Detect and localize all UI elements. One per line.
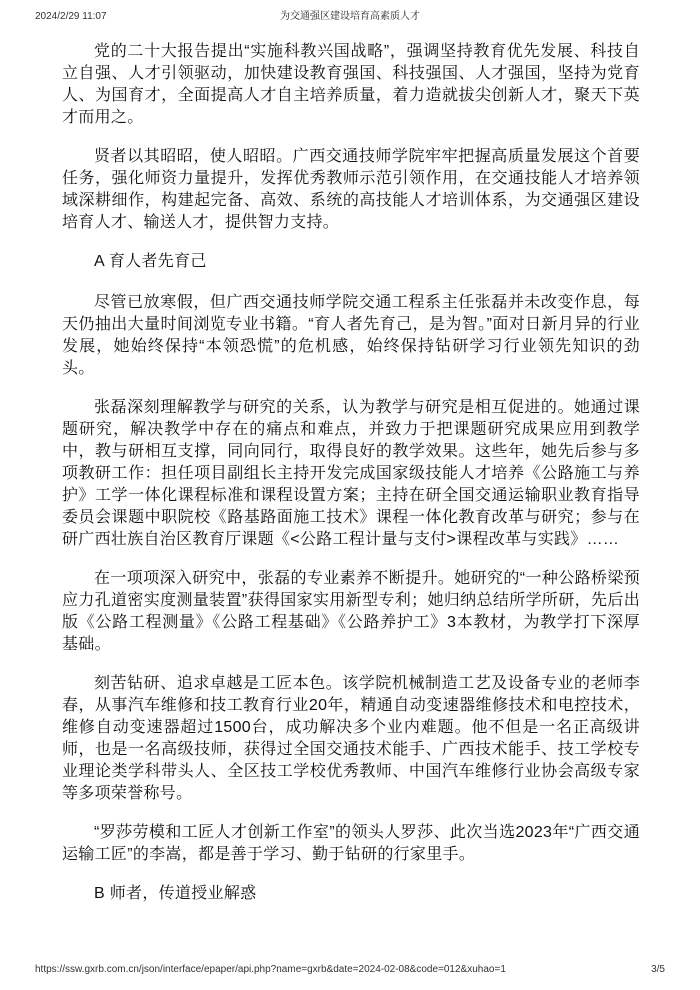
print-footer-url: https://ssw.gxrb.com.cn/json/interface/e… bbox=[35, 963, 506, 977]
print-preview-page: 2024/2/29 11:07 为交通强区建设培育高素质人才 2024/2/29… bbox=[0, 0, 700, 990]
print-footer-page-number: 3/5 bbox=[651, 963, 665, 977]
article-paragraph: “罗莎劳模和工匠人才创新工作室”的领头人罗莎、此次当选2023年“广西交通运输工… bbox=[62, 822, 640, 866]
print-header-datetime: 2024/2/29 11:07 bbox=[35, 10, 280, 24]
article-paragraph: 尽管已放寒假，但广西交通技师学院交通工程系主任张磊并未改变作息，每天仍抽出大量时… bbox=[62, 292, 640, 380]
print-header: 2024/2/29 11:07 为交通强区建设培育高素质人才 2024/2/29… bbox=[35, 10, 665, 24]
print-footer: https://ssw.gxrb.com.cn/json/interface/e… bbox=[35, 963, 665, 977]
print-header-title: 为交通强区建设培育高素质人才 bbox=[280, 10, 420, 24]
article-paragraph: 刻苦钻研、追求卓越是工匠本色。该学院机械制造工艺及设备专业的老师李春，从事汽车维… bbox=[62, 673, 640, 805]
article-paragraph: 党的二十大报告提出“实施科教兴国战略”，强调坚持教育优先发展、科技自立自强、人才… bbox=[62, 41, 640, 129]
article-paragraph: 贤者以其昭昭，使人昭昭。广西交通技师学院牢牢把握高质量发展这个首要任务，强化师资… bbox=[62, 146, 640, 234]
article-paragraph: 张磊深刻理解教学与研究的关系，认为教学与研究是相互促进的。她通过课题研究，解决教… bbox=[62, 397, 640, 551]
article-body: 党的二十大报告提出“实施科教兴国战略”，强调坚持教育优先发展、科技自立自强、人才… bbox=[62, 41, 640, 924]
section-heading-b: B 师者，传道授业解惑 bbox=[62, 883, 640, 905]
section-heading-a: A 育人者先育己 bbox=[62, 251, 640, 273]
article-paragraph: 在一项项深入研究中，张磊的专业素养不断提升。她研究的“一种公路桥梁预应力孔道密实… bbox=[62, 568, 640, 656]
